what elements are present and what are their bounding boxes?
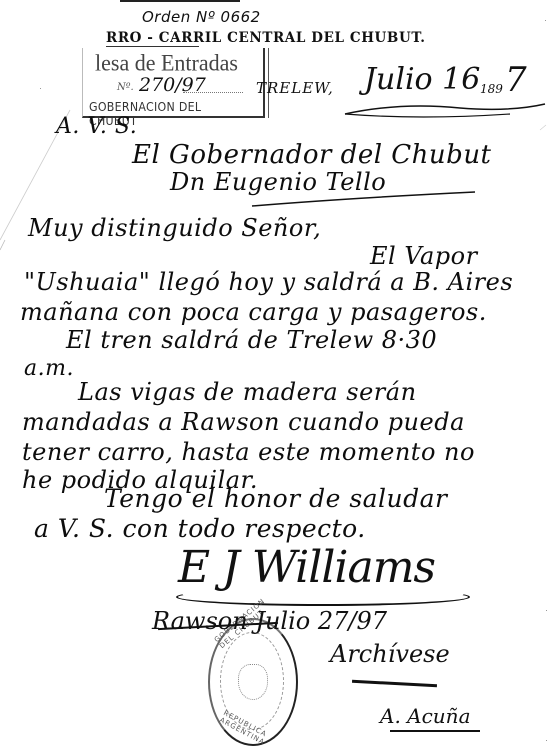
place-name: TRELEW, [256,79,334,97]
letterhead: RRO - CARRIL CENTRAL DEL CHUBUT. [106,30,426,46]
initials-annotation: A. Acuña [380,704,471,728]
signature-flourish [176,588,470,606]
scan-speck [546,610,547,611]
greeting: Muy distinguido Señor, [28,214,321,242]
stamp-title: lesa de Entradas [95,49,238,76]
closing-line-2: a V. S. con todo respecto. [34,514,366,543]
body-line-4: El tren saldrá de Trelew 8·30 [66,326,437,354]
official-seal: GOBERNACION DEL CHUBUT REPUBLICA ARGENTI… [208,618,298,746]
body-line-8: tener carro, hasta este momento no [22,438,475,466]
signature: E J Williams [178,542,435,593]
addressee-underline [250,190,480,210]
scan-speck [546,740,547,741]
seal-emblem-icon [238,664,268,700]
year-handwritten: 7 [505,60,527,100]
body-line-7: mandadas a Rawson cuando pueda [22,408,465,436]
top-edge-rule [120,0,240,2]
stamp-number-label: Nº. [117,82,134,93]
scan-speck [545,20,546,21]
letter-page: Orden Nº 0662 RRO - CARRIL CENTRAL DEL C… [0,0,549,755]
stamp-dotted-line [183,92,243,93]
closing-line-1: Tengo el honor de saludar [104,484,448,513]
letterhead-underline [106,46,199,47]
body-line-6: Las vigas de madera serán [78,378,417,406]
received-annotation: Rawson Julio 27/97 [152,607,387,635]
date-handwritten: Julio 16 [364,62,480,97]
initials-underline [390,730,480,732]
scan-speck [40,88,41,89]
salutation-ref: A. V. S. [56,114,137,139]
body-line-5: a.m. [24,356,74,381]
date-underline-flourish [340,100,549,130]
entry-stamp: lesa de Entradas Nº. 270/97 GOBERNACION … [82,48,265,118]
body-line-2: "Ushuaia" llegó hoy y saldrá a B. Aires [24,268,513,296]
addressee-line-1: El Gobernador del Chubut [132,140,492,170]
year-printed: 189 [480,82,503,96]
archive-underline [352,680,437,687]
archive-annotation: Archívese [330,640,450,668]
body-line-3: mañana con poca carga y pasageros. [20,298,487,326]
order-number: Orden Nº 0662 [142,8,261,26]
body-line-1: El Vapor [370,242,478,270]
